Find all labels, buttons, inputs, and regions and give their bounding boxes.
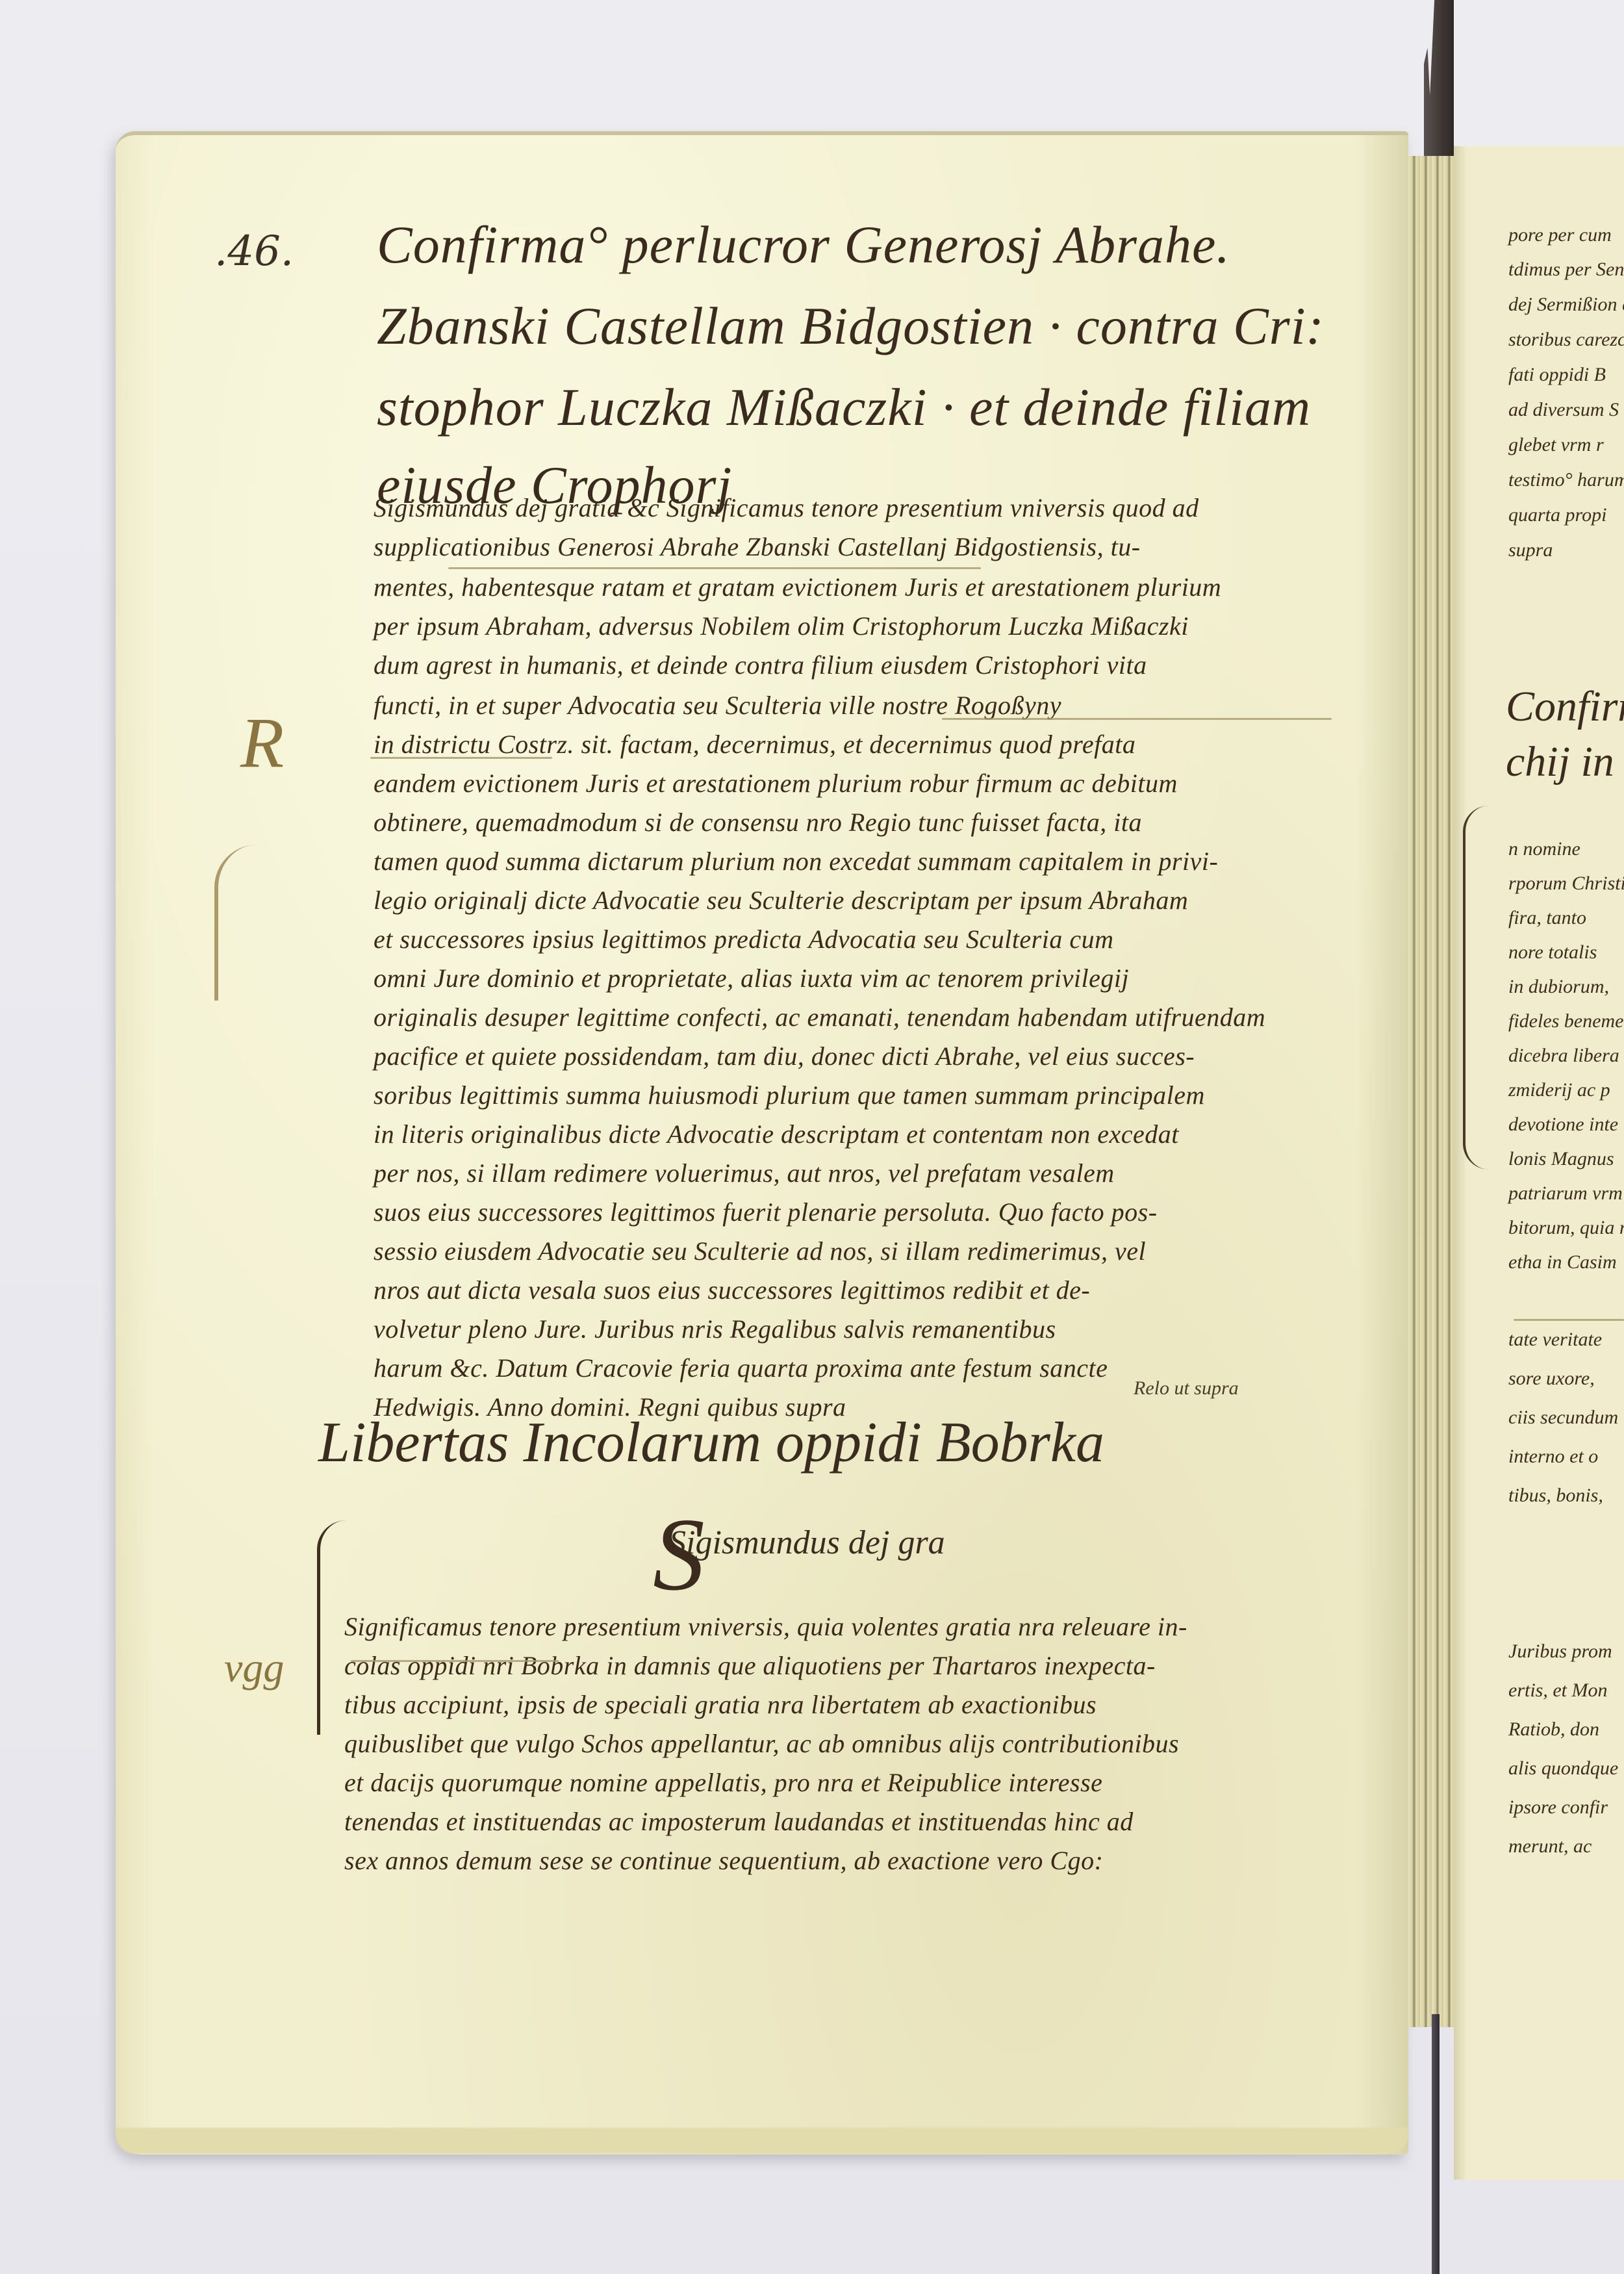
right-page-line: tdimus per Sen — [1508, 259, 1624, 281]
entry1-title-line: stophor Luczka Mißaczki · et deinde fili… — [377, 377, 1311, 438]
entry2-body-line: colas oppidi nri Bobrka in damnis que al… — [344, 1650, 1156, 1681]
entry2-invocation: Sigismundus dej gra — [669, 1524, 945, 1562]
right-page-line: etha in Casim — [1508, 1251, 1617, 1273]
entry2-body-line: tenendas et instituendas ac imposterum l… — [344, 1806, 1134, 1837]
right-page-line: n nomine — [1508, 838, 1580, 860]
right-page-line: storibus carezch — [1508, 329, 1624, 351]
underline-stroke — [448, 567, 981, 569]
entry2-body-line: quibuslibet que vulgo Schos appellantur,… — [344, 1728, 1179, 1759]
entry1-title-line: Confirma° perlucror Generosj Abrahe. — [377, 214, 1230, 275]
right-page-line: fira, tanto — [1508, 907, 1586, 929]
right-page-line: zmiderij ac p — [1508, 1079, 1610, 1101]
entry1-body-line: sessio eiusdem Advocatie seu Sculterie a… — [374, 1236, 1146, 1266]
underline-stroke — [370, 757, 552, 759]
right-page-line: fideles beneme — [1508, 1010, 1623, 1032]
right-page-line: fati oppidi B — [1508, 364, 1606, 386]
entry1-body-line: soribus legittimis summa huiusmodi pluri… — [374, 1080, 1205, 1110]
margin-flourish-stroke — [214, 845, 257, 1001]
right-page-line: alis quondque — [1508, 1757, 1618, 1780]
entry1-body-line: originalis desuper legittime confecti, a… — [374, 1002, 1265, 1032]
entry1-body-line: per nos, si illam redimere voluerimus, a… — [374, 1158, 1115, 1188]
underline-stroke — [942, 718, 1332, 720]
right-page-line: supra — [1508, 539, 1553, 561]
entry1-body-line: Sigismundus dej gratia &c Significamus t… — [374, 492, 1199, 523]
entry1-body-line: suos eius successores legittimos fuerit … — [374, 1197, 1158, 1227]
margin-note-mark: vgg — [224, 1644, 284, 1692]
entry1-body-line: in literis originalibus dicte Advocatie … — [374, 1119, 1179, 1149]
entry1-body-line: pacifice et quiete possidendam, tam diu,… — [374, 1041, 1195, 1071]
signature-note: Relo ut supra — [1134, 1377, 1239, 1399]
folio-number: .46. — [214, 227, 294, 275]
right-page-line: ertis, et Mon — [1508, 1680, 1607, 1702]
binding-bottom — [1432, 2014, 1440, 2274]
right-page-heading-line: chij in — [1506, 737, 1614, 787]
right-page-line: nore totalis — [1508, 941, 1597, 964]
right-page-line: interno et o — [1508, 1446, 1598, 1468]
entry1-body-line: in districtu Costrz. sit. factam, decern… — [374, 729, 1136, 760]
right-page-line: ciis secundum — [1508, 1407, 1618, 1429]
page-edges — [1408, 156, 1454, 2027]
entry1-body-line: harum &c. Datum Cracovie feria quarta pr… — [374, 1353, 1108, 1383]
right-page-line: lonis Magnus — [1508, 1148, 1614, 1170]
entry1-body-line: obtinere, quemadmodum si de consensu nro… — [374, 807, 1142, 837]
right-page-line: Ratiob, don — [1508, 1718, 1599, 1741]
right-page-line: ad diversum S — [1508, 399, 1619, 421]
entry1-body-line: eandem evictionem Juris et arestationem … — [374, 768, 1178, 798]
entry2-body-line: Significamus tenore presentium vniversis… — [344, 1611, 1187, 1642]
margin-paraph-mark: R — [240, 702, 284, 784]
entry2-body-line: tibus accipiunt, ipsis de speciali grati… — [344, 1689, 1097, 1720]
right-page-line: ipsore confir — [1508, 1796, 1608, 1819]
right-page-line: merunt, ac — [1508, 1835, 1592, 1858]
entry1-body-line: tamen quod summa dictarum plurium non ex… — [374, 846, 1218, 876]
binding-spine — [1424, 0, 1454, 159]
right-page-line: devotione inte — [1508, 1114, 1618, 1136]
entry1-title-line: Zbanski Castellam Bidgostien · contra Cr… — [377, 296, 1325, 357]
entry2-heading: Libertas Incolarum oppidi Bobrka — [318, 1410, 1104, 1476]
underline-stroke — [351, 1660, 559, 1662]
left-page-bottom-edge — [116, 2128, 1408, 2154]
right-page-line: pore per cum — [1508, 224, 1612, 246]
right-page-heading-line: Confirm — [1506, 682, 1624, 732]
right-page-line: dicebra libera — [1508, 1045, 1619, 1067]
initial-bracket-flourish — [1463, 806, 1498, 1169]
entry1-body-line: legio originalj dicte Advocatie seu Scul… — [374, 885, 1188, 915]
right-page-line: in dubiorum, — [1508, 976, 1609, 998]
entry1-body-line: per ipsum Abraham, adversus Nobilem olim… — [374, 611, 1189, 641]
entry1-body-line: mentes, habentesque ratam et gratam evic… — [374, 572, 1221, 602]
right-page-line: tate veritate — [1508, 1329, 1602, 1351]
right-page-line: patriarum vrm — [1508, 1182, 1623, 1205]
entry1-body-line: volvetur pleno Jure. Juribus nris Regali… — [374, 1314, 1056, 1344]
entry2-body-line: et dacijs quorumque nomine appellatis, p… — [344, 1767, 1102, 1798]
entry1-body-line: supplicationibus Generosi Abrahe Zbanski… — [374, 531, 1141, 562]
right-page-line: tibus, bonis, — [1508, 1485, 1603, 1507]
underline-stroke — [1514, 1319, 1624, 1321]
entry1-body-line: functi, in et super Advocatia seu Sculte… — [374, 690, 1061, 721]
entry1-body-line: dum agrest in humanis, et deinde contra … — [374, 650, 1147, 680]
right-page-line: quarta propi — [1508, 504, 1606, 526]
entry1-body-line: omni Jure dominio et proprietate, alias … — [374, 963, 1129, 993]
right-page-line: rporum Christia — [1508, 873, 1624, 895]
right-page-line: Juribus prom — [1508, 1641, 1612, 1663]
entry1-body-line: nros aut dicta vesala suos eius successo… — [374, 1275, 1090, 1305]
right-page-line: testimo° harum — [1508, 469, 1624, 491]
initial-flourish-stroke — [317, 1520, 346, 1735]
right-page-line: glebet vrm r — [1508, 434, 1604, 456]
right-page-line: sore uxore, — [1508, 1368, 1595, 1390]
right-page-line: dej Sermißion et — [1508, 294, 1624, 316]
entry1-body-line: et successores ipsius legittimos predict… — [374, 924, 1114, 954]
right-page-line: bitorum, quia r — [1508, 1217, 1624, 1239]
entry2-body-line: sex annos demum sese se continue sequent… — [344, 1845, 1103, 1876]
book-gutter — [1408, 0, 1454, 2274]
